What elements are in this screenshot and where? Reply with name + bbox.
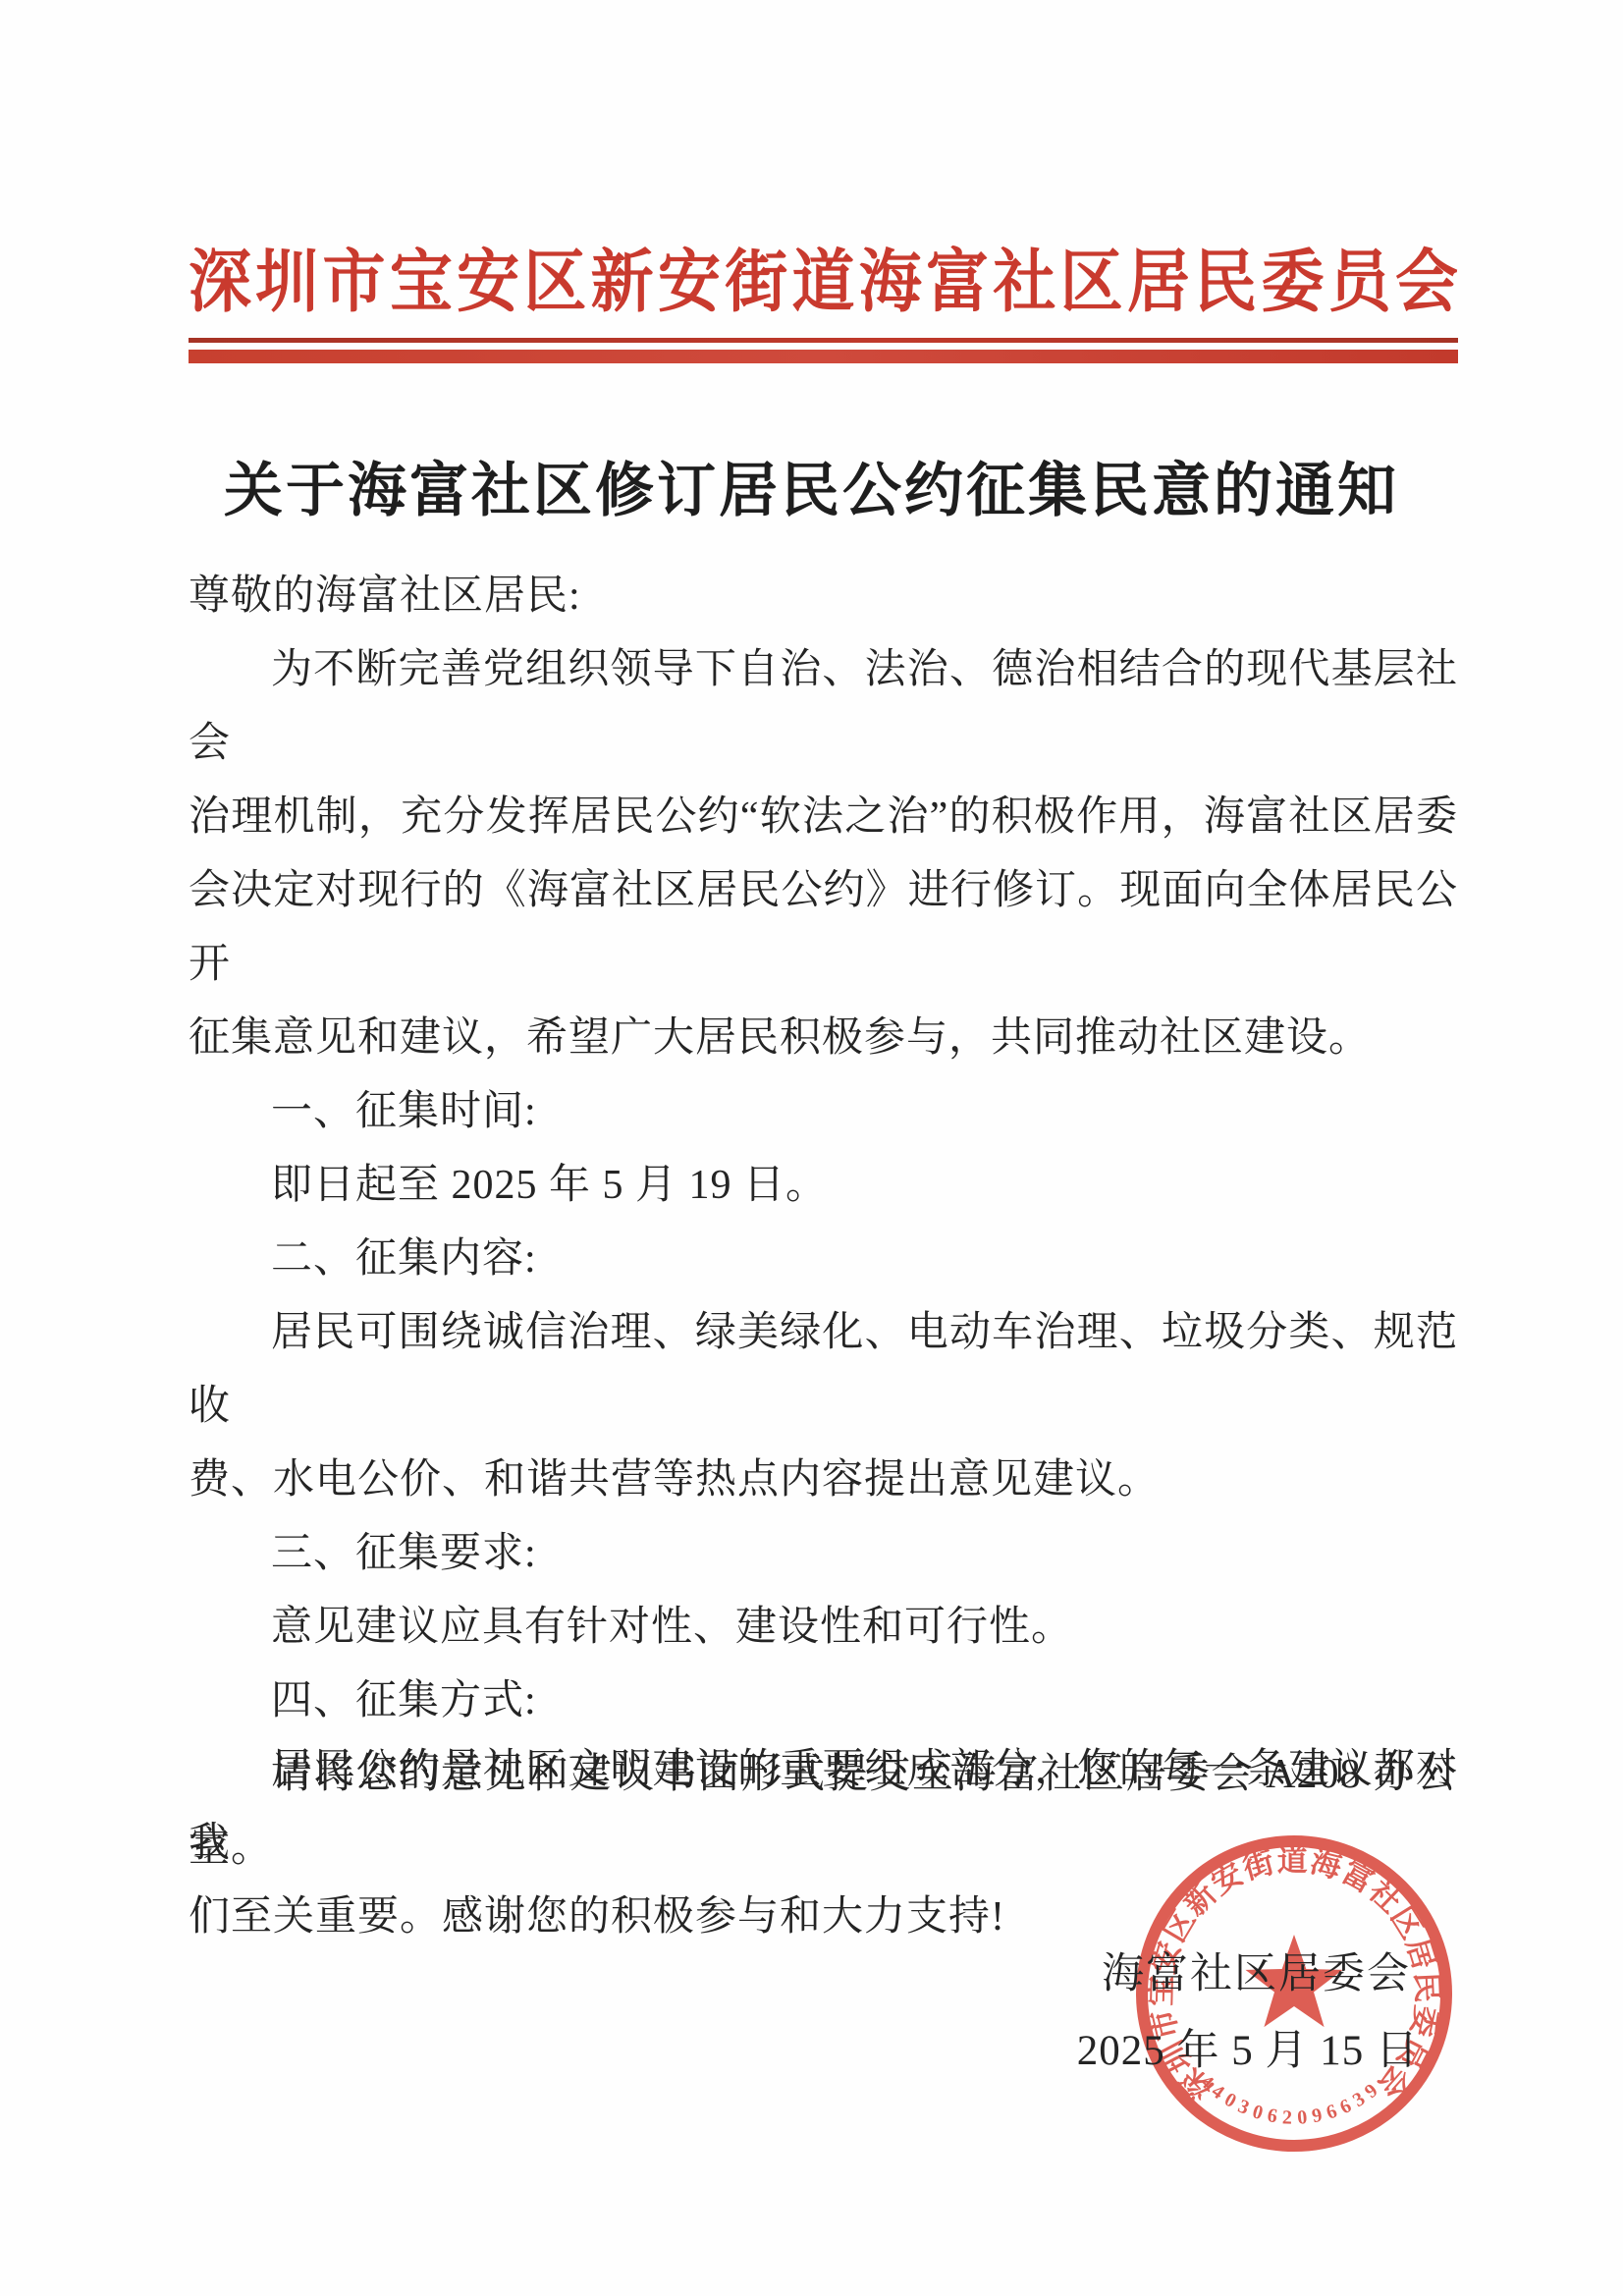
- text-line: 即日起至 2025 年 5 月 19 日。: [189, 1149, 1458, 1223]
- document-page: 深圳市宝安区新安街道海富社区居民委员会 关于海富社区修订居民公约征集民意的通知 …: [0, 0, 1623, 2296]
- text-line: 治理机制，充分发挥居民公约“软法之治”的积极作用，海富社区居委: [189, 781, 1458, 854]
- text-line: 会决定对现行的《海富社区居民公约》进行修订。现面向全体居民公开: [189, 854, 1458, 1002]
- text-line: 尊敬的海富社区居民:: [189, 560, 1458, 633]
- text-line: 三、征集要求:: [189, 1517, 1458, 1591]
- document-title: 关于海富社区修订居民公约征集民意的通知: [0, 444, 1623, 528]
- red-rule-thin: [189, 338, 1458, 343]
- text-line: 一、征集时间:: [189, 1075, 1458, 1149]
- text-line: 意见建议应具有针对性、建设性和可行性。: [189, 1591, 1458, 1665]
- text-line: 四、征集方式:: [189, 1665, 1458, 1738]
- signature: 海富社区居委会: [1102, 1941, 1411, 2000]
- stamp-code-text: 4403062096639: [1196, 2071, 1386, 2129]
- text-line: 为不断完善党组织领导下自治、法治、德治相结合的现代基层社会: [189, 633, 1458, 781]
- stamp-code-holder: 4403062096639: [1196, 2071, 1386, 2129]
- text-line: 费、水电公价、和谐共营等热点内容提出意见建议。: [189, 1444, 1458, 1517]
- text-line: 居民可围绕诚信治理、绿美绿化、电动车治理、垃圾分类、规范收: [189, 1296, 1458, 1444]
- body-text: 尊敬的海富社区居民:为不断完善党组织领导下自治、法治、德治相结合的现代基层社会治…: [189, 560, 1458, 1886]
- text-line: 征集意见和建议，希望广大居民积极参与，共同推动社区建设。: [189, 1002, 1458, 1075]
- red-rule-thick: [189, 350, 1458, 363]
- text-line: 二、征集内容:: [189, 1223, 1458, 1296]
- letterhead-title: 深圳市宝安区新安街道海富社区居民委员会: [189, 246, 1458, 320]
- document-date: 2025 年 5 月 15 日: [1077, 2017, 1419, 2077]
